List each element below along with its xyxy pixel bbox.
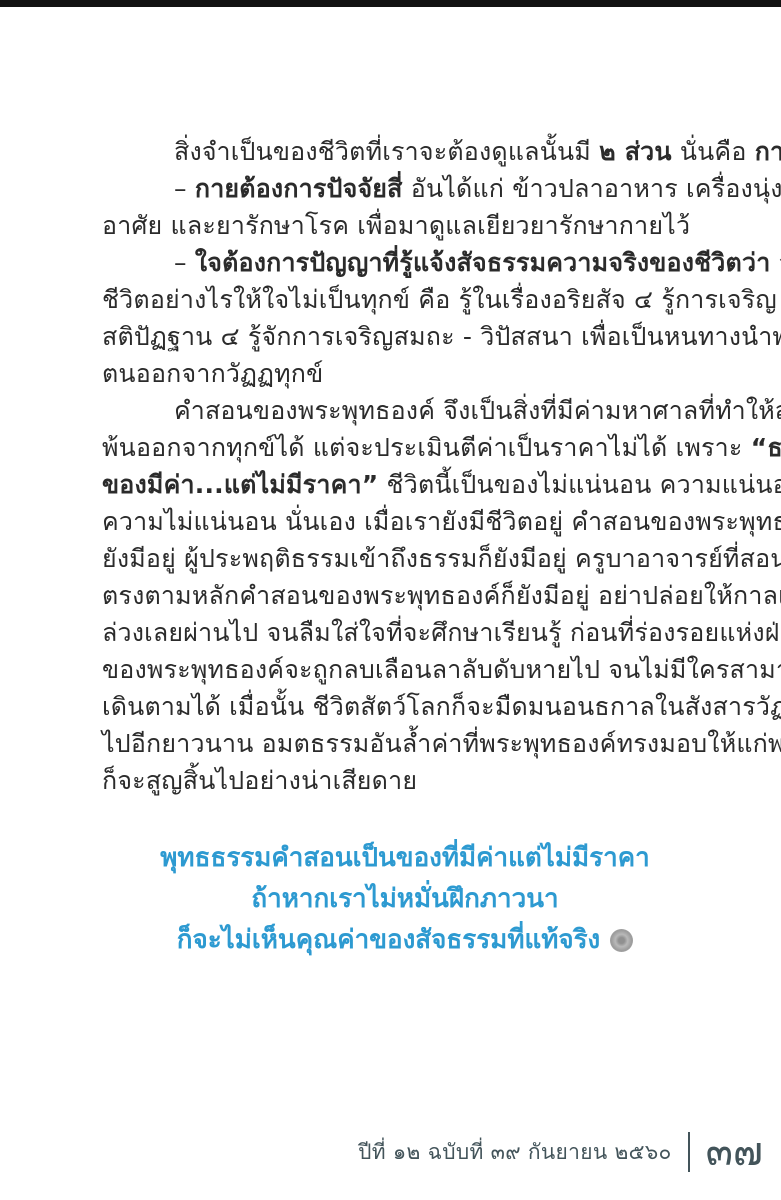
text-run: ไปอีกยาวนาน อมตธรรมอันล้ำค่าที่พระพุทธอง… — [102, 729, 781, 758]
text-run: ล่วงเลยผ่านไป จนลืมใส่ใจที่จะศึกษาเรียนร… — [102, 618, 781, 647]
quote-line: ถ้าหากเราไม่หมั่นฝึกภาวนา — [102, 879, 708, 920]
text-run: สติปัฏฐาน ๔ รู้จักการเจริญสมถะ - วิปัสสน… — [102, 322, 781, 351]
text-run: ของมีค่า...แต่ไม่มีราคา” — [102, 470, 378, 499]
top-border-bar — [0, 0, 781, 7]
body-line: สิ่งจำเป็นของชีวิตที่เราจะต้องดูแลนั้นมี… — [102, 133, 708, 170]
quote-line: พุทธธรรมคำสอนเป็นของที่มีค่าแต่ไม่มีราคา — [102, 838, 708, 879]
body-line: – กายต้องการปัจจัยสี่ อันได้แก่ ข้าวปลาอ… — [102, 170, 708, 207]
text-run: ชีวิตนี้เป็นของไม่แน่นอน ความแน่นอนก็คือ — [378, 470, 781, 499]
page-footer: ปีที่ ๑๒ ฉบับที่ ๓๙ กันยายน ๒๕๖๐ ๓๗ — [358, 1132, 763, 1172]
text-run: สิ่งจำเป็นของชีวิตที่เราจะต้องดูแลนั้นมี — [174, 137, 599, 166]
page-number: ๓๗ — [706, 1132, 763, 1172]
body-line: ตนออกจากวัฏฏทุกข์ — [102, 355, 708, 392]
body-line: เดินตามได้ เมื่อนั้น ชีวิตสัตว์โลกก็จะมื… — [102, 688, 708, 725]
text-run: ของพระพุทธองค์จะถูกลบเลือนลาลับดับหายไป … — [102, 655, 781, 684]
text-run: ๒ ส่วน — [599, 137, 672, 166]
article-body: สิ่งจำเป็นของชีวิตที่เราจะต้องดูแลนั้นมี… — [102, 133, 708, 799]
text-run: จะดำรง — [770, 248, 781, 277]
quote-text: พุทธธรรมคำสอนเป็นของที่มีค่าแต่ไม่มีราคา — [160, 843, 649, 873]
text-run: กายต้องการปัจจัยสี่ — [195, 174, 403, 203]
quote-line: ก็จะไม่เห็นคุณค่าของสัจธรรมที่แท้จริง — [102, 920, 708, 961]
text-run: กายและใจ — [755, 137, 781, 166]
body-line: พ้นออกจากทุกข์ได้ แต่จะประเมินตีค่าเป็นร… — [102, 429, 708, 466]
body-line: ของมีค่า...แต่ไม่มีราคา” ชีวิตนี้เป็นของ… — [102, 466, 708, 503]
document-page: สิ่งจำเป็นของชีวิตที่เราจะต้องดูแลนั้นมี… — [0, 0, 781, 1200]
body-line: อาศัย และยารักษาโรค เพื่อมาดูแลเยียวยารั… — [102, 207, 708, 244]
quote-text: ก็จะไม่เห็นคุณค่าของสัจธรรมที่แท้จริง — [177, 925, 601, 955]
text-run: – — [174, 174, 195, 203]
text-run: คำสอนของพระพุทธองค์ จึงเป็นสิ่งที่มีค่าม… — [174, 396, 781, 425]
text-run: ตรงตามหลักคำสอนของพระพุทธองค์ก็ยังมีอยู่… — [102, 581, 781, 610]
text-run: นั่นคือ — [672, 137, 755, 166]
body-line: ของพระพุทธองค์จะถูกลบเลือนลาลับดับหายไป … — [102, 651, 708, 688]
text-run: – — [174, 248, 195, 277]
body-line: ความไม่แน่นอน นั่นเอง เมื่อเรายังมีชีวิต… — [102, 503, 708, 540]
text-run: ยังมีอยู่ ผู้ประพฤติธรรมเข้าถึงธรรมก็ยัง… — [102, 544, 781, 573]
body-line: ไปอีกยาวนาน อมตธรรมอันล้ำค่าที่พระพุทธอง… — [102, 725, 708, 762]
end-of-article-circle-icon — [610, 929, 633, 952]
text-run: “ธรรมะเป็น — [751, 433, 781, 462]
text-run: ก็จะสูญสิ้นไปอย่างน่าเสียดาย — [102, 766, 417, 795]
body-line: คำสอนของพระพุทธองค์ จึงเป็นสิ่งที่มีค่าม… — [102, 392, 708, 429]
body-line: ตรงตามหลักคำสอนของพระพุทธองค์ก็ยังมีอยู่… — [102, 577, 708, 614]
closing-quote: พุทธธรรมคำสอนเป็นของที่มีค่าแต่ไม่มีราคา… — [102, 838, 708, 961]
text-run: เดินตามได้ เมื่อนั้น ชีวิตสัตว์โลกก็จะมื… — [102, 692, 781, 721]
text-run: ตนออกจากวัฏฏทุกข์ — [102, 359, 323, 388]
text-run: อันได้แก่ ข้าวปลาอาหาร เครื่องนุ่งห่ม ที… — [403, 174, 781, 203]
body-line: ก็จะสูญสิ้นไปอย่างน่าเสียดาย — [102, 762, 708, 799]
body-line: ชีวิตอย่างไรให้ใจไม่เป็นทุกข์ คือ รู้ในเ… — [102, 281, 708, 318]
body-line: – ใจต้องการปัญญาที่รู้แจ้งสัจธรรมความจริ… — [102, 244, 708, 281]
text-run: ชีวิตอย่างไรให้ใจไม่เป็นทุกข์ คือ รู้ในเ… — [102, 285, 777, 314]
body-line: ล่วงเลยผ่านไป จนลืมใส่ใจที่จะศึกษาเรียนร… — [102, 614, 708, 651]
body-line: สติปัฏฐาน ๔ รู้จักการเจริญสมถะ - วิปัสสน… — [102, 318, 708, 355]
quote-text: ถ้าหากเราไม่หมั่นฝึกภาวนา — [251, 884, 558, 914]
body-line: ยังมีอยู่ ผู้ประพฤติธรรมเข้าถึงธรรมก็ยัง… — [102, 540, 708, 577]
text-run: ใจต้องการปัญญาที่รู้แจ้งสัจธรรมความจริงข… — [195, 248, 771, 277]
issue-info: ปีที่ ๑๒ ฉบับที่ ๓๙ กันยายน ๒๕๖๐ — [358, 1136, 671, 1169]
text-run: ความไม่แน่นอน นั่นเอง เมื่อเรายังมีชีวิต… — [102, 507, 781, 536]
text-run: อาศัย และยารักษาโรค เพื่อมาดูแลเยียวยารั… — [102, 211, 690, 240]
footer-divider — [688, 1132, 690, 1172]
text-run: พ้นออกจากทุกข์ได้ แต่จะประเมินตีค่าเป็นร… — [102, 433, 751, 462]
